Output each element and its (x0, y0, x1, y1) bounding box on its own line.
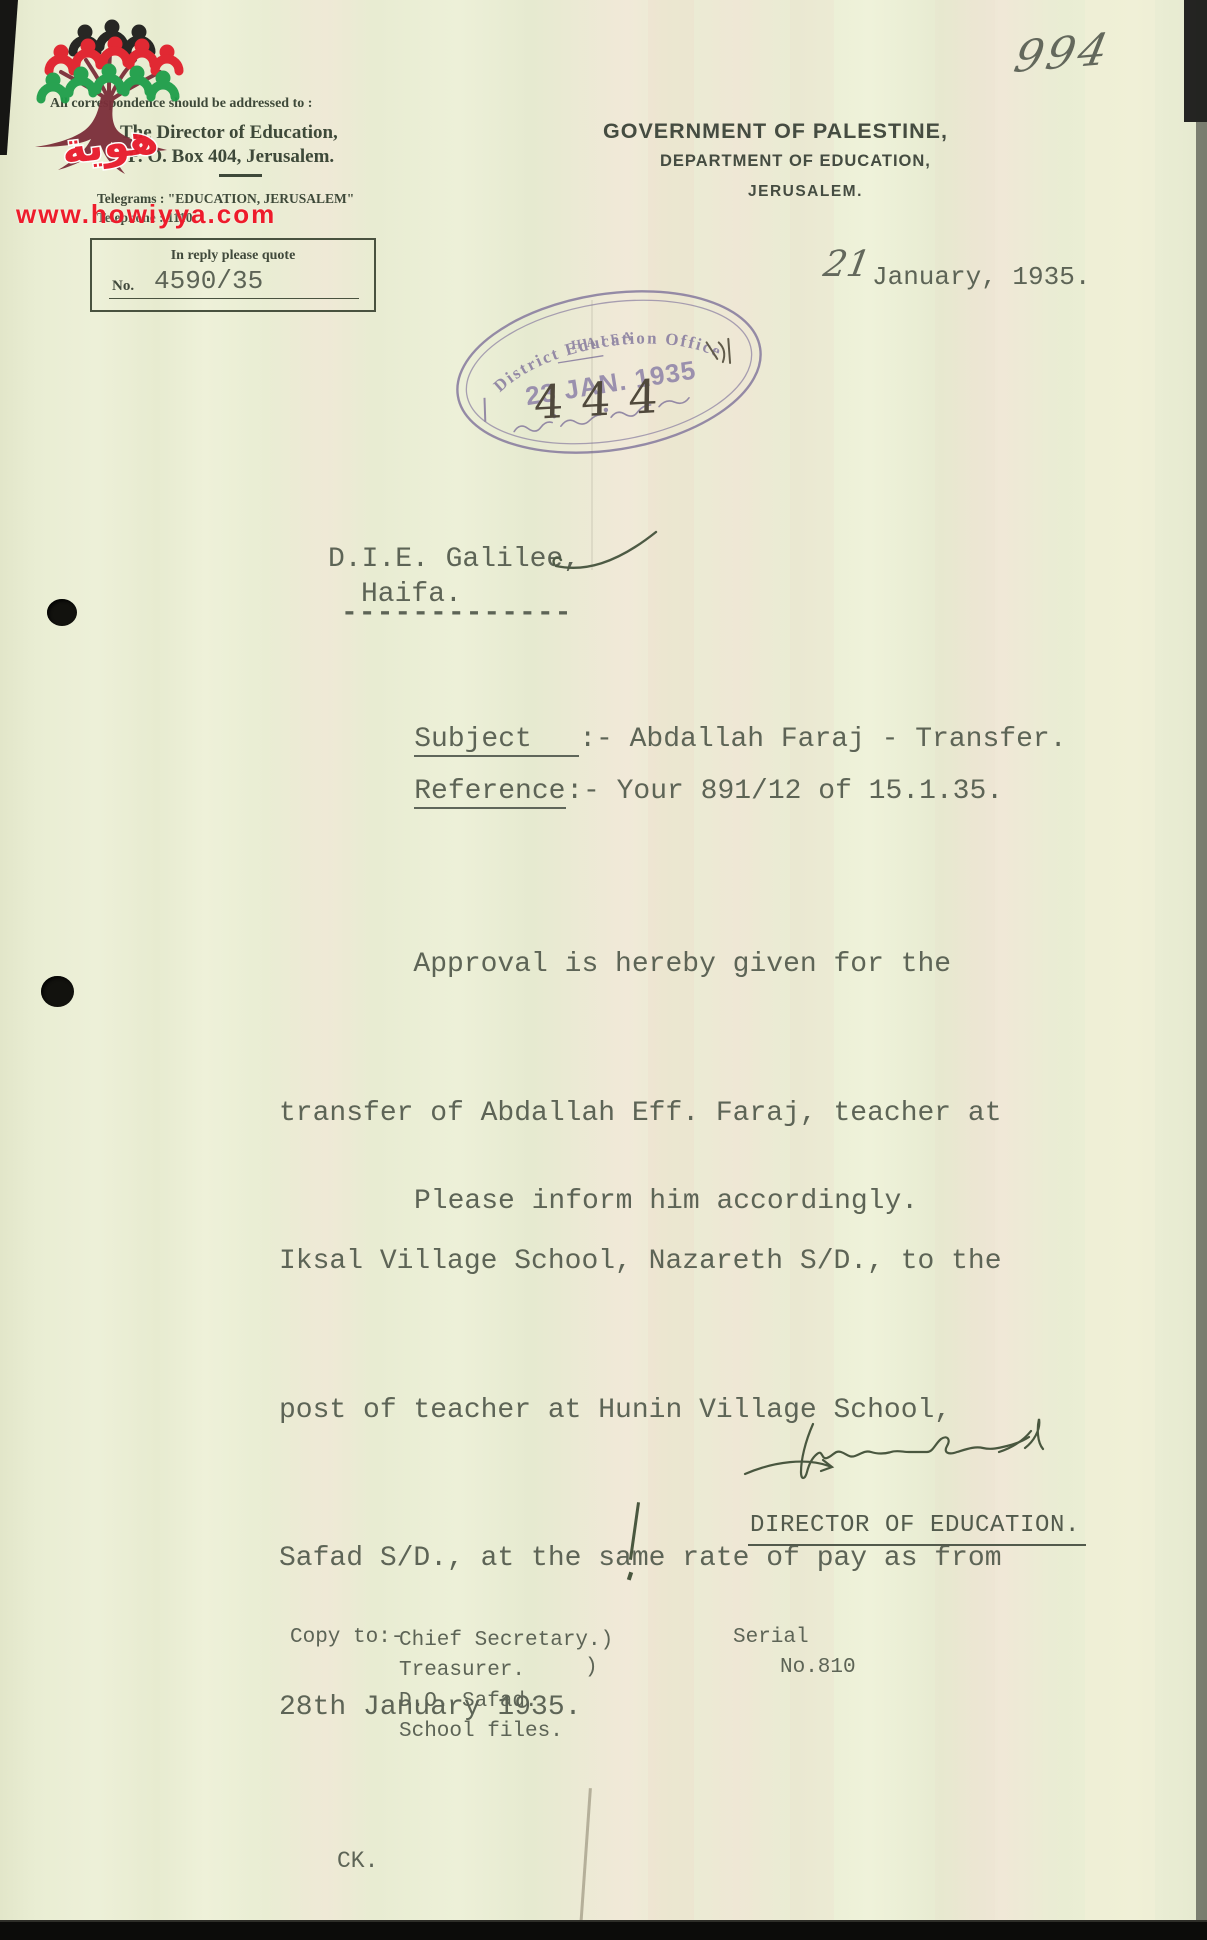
body-paragraph: Approval is hereby given for the transfe… (279, 841, 1002, 1831)
header-department: DEPARTMENT OF EDUCATION, (660, 152, 931, 171)
header-city: JERUSALEM. (748, 183, 863, 201)
header-government: GOVERNMENT OF PALESTINE, (603, 119, 948, 144)
copies-serial-number: No.810 (780, 1656, 856, 1679)
copies-paren: ) (585, 1656, 598, 1679)
reply-reference-box: In reply please quote No. 4590/35 (90, 238, 376, 312)
stamp-handwritten-serial: 444 (534, 368, 677, 430)
director-title-line: DIRECTOR OF EDUCATION. (748, 1512, 1086, 1539)
copies-serial-label: Serial (733, 1626, 809, 1649)
copies-label: Copy to:- (290, 1626, 403, 1649)
signature (735, 1408, 1135, 1508)
body-line: Iksal Village School, Nazareth S/D., to … (279, 1237, 1002, 1287)
copies-recipient: D.O. Safad. (399, 1687, 613, 1717)
date-day-handwritten: 21 (820, 244, 873, 285)
copies-recipient: Chief Secretary.) (399, 1626, 613, 1656)
letterhead-rule (219, 174, 262, 177)
recipient-rule-dashes: ------------- (341, 598, 572, 629)
reference-line: Reference:- Your 891/12 of 15.1.35. (347, 745, 1003, 840)
copies-recipient: Treasurer. (399, 1656, 613, 1686)
watermark-url: www.howiyya.com (16, 199, 276, 230)
watermark-arabic-text: هوية (59, 113, 161, 174)
reply-box-rule (109, 298, 359, 299)
date-typed: January, 1935. (872, 262, 1090, 292)
body-line: 28th January 1935. (279, 1683, 1002, 1733)
scanned-letter: All correspondence should be addressed t… (0, 0, 1207, 1940)
reference-label: Reference (414, 776, 566, 809)
reply-box-number: 4590/35 (154, 266, 263, 296)
reply-box-caption: In reply please quote (92, 248, 374, 264)
punch-hole-bottom (41, 976, 74, 1007)
watermark-tree-logo: هوية (15, 18, 205, 198)
punch-hole-top (47, 599, 77, 626)
body-line: Approval is hereby given for the (279, 940, 1002, 990)
copies-recipient: School files. (399, 1717, 613, 1747)
typist-initials: CK. (337, 1848, 378, 1874)
director-title-text: DIRECTOR OF EDUCATION. (748, 1512, 1086, 1546)
body-closing: Please inform him accordingly. (414, 1186, 918, 1217)
reply-box-no-label: No. (112, 278, 134, 295)
recipient-line1: D.I.E. Galilee, (328, 544, 580, 575)
stamp-left-mark (482, 398, 489, 422)
body-line: transfer of Abdallah Eff. Faraj, teacher… (279, 1089, 1002, 1139)
handwritten-tick (550, 524, 665, 579)
reference-value: :- Your 891/12 of 15.1.35. (566, 776, 1003, 807)
copies-recipients: Chief Secretary.) Treasurer. D.O. Safad.… (399, 1626, 613, 1747)
pencil-page-number: 994 (1010, 24, 1115, 83)
